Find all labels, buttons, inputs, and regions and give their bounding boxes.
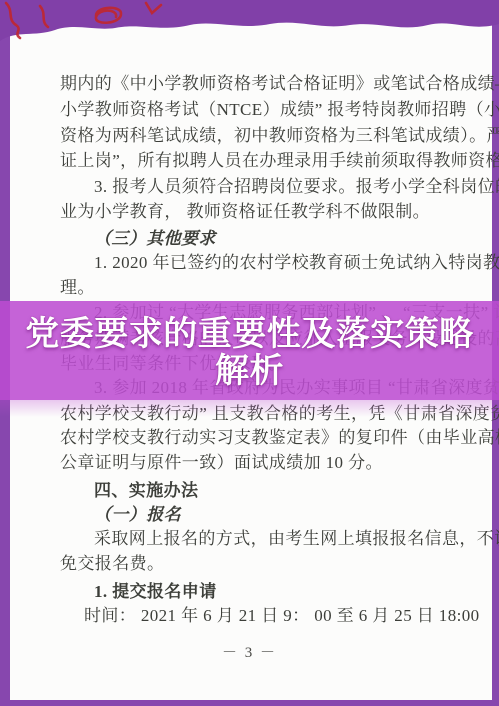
document-line: 采取网上报名的方式，由考生网上填报报名信息，不设现场， (94, 529, 486, 548)
document-line: 小学教师资格考试（NTCE）成绩” 报考特岗教师招聘（小学教师 (60, 100, 452, 119)
document-line: 理。 (60, 278, 452, 297)
document-line: 业为小学教育， 教师资格证任教学科不做限制。 (60, 202, 452, 221)
document-line: 3. 报考人员须符合招聘岗位要求。报考小学全科岗位的，专 (94, 177, 486, 196)
watermark-banner: 党委要求的重要性及落实策略 解析 (0, 301, 499, 400)
document-line: 期内的《中小学教师资格考试合格证明》或笔试合格成绩——“中 (60, 74, 452, 93)
document-line: 免交报名费。 (60, 554, 452, 573)
document-line: 时间： 2021 年 6 月 21 日 9： 00 至 6 月 25 日 18:… (84, 606, 476, 625)
document-line: 证上岗”，所有拟聘人员在办理录用手续前须取得教师资格证书。 (60, 151, 452, 170)
document-line: 公章证明与原件一致）面试成绩加 10 分。 (60, 453, 452, 472)
banner-title-line1: 党委要求的重要性及落实策略 (25, 316, 474, 353)
document-line: 1. 提交报名申请 (94, 582, 486, 601)
banner-fade-shadow (0, 400, 499, 417)
banner-title-line2: 解析 (215, 353, 284, 390)
document-line: 农村学校支教行动实习支教鉴定表》的复印件（由毕业高校加盖 (60, 428, 452, 447)
document-line: 资格为两科笔试成绩，初中教师资格为三科笔试成绩）。严格 “持 (60, 126, 452, 145)
page-number: － 3 － (0, 641, 499, 662)
document-line: （三）其他要求 (94, 229, 486, 248)
document-line: （一）报名 (94, 505, 486, 524)
document-line: 四、实施办法 (94, 481, 486, 500)
document-line: 1. 2020 年已签约的农村学校教育硕士免试纳入特岗教师管 (94, 253, 486, 272)
document-page: 期内的《中小学教师资格考试合格证明》或笔试合格成绩——“中小学教师资格考试（NT… (0, 0, 499, 706)
